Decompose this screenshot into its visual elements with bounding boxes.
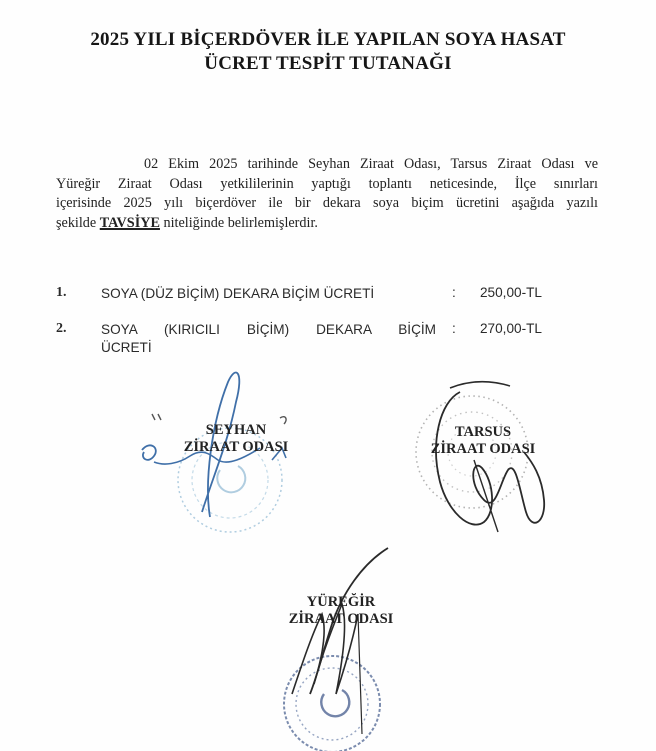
seyhan-signature-stamp: SEYHAN ZİRAAT ODASI	[132, 362, 312, 542]
price-list: 1. SOYA (DÜZ BİÇİM) DEKARA BİÇİM ÜCRETİ …	[56, 285, 576, 357]
seyhan-name-line-1: SEYHAN	[176, 422, 296, 439]
tavsiye-emphasis: TAVSİYE	[100, 215, 160, 231]
item-price: 250,00-TL	[480, 285, 542, 300]
item-description-line-1: SOYA (KIRICILI BİÇİM) DEKARA BİÇİM	[101, 321, 436, 339]
price-item-1: 1. SOYA (DÜZ BİÇİM) DEKARA BİÇİM ÜCRETİ …	[56, 285, 576, 321]
paragraph-line-4-post: niteliğinde belirlemişlerdir.	[160, 215, 318, 231]
seyhan-name-line-2: ZİRAAT ODASI	[176, 439, 296, 456]
paragraph-line-4-pre: şekilde	[56, 215, 100, 231]
title-line-2: ÜCRET TESPİT TUTANAĞI	[0, 52, 656, 76]
item-description: SOYA (DÜZ BİÇİM) DEKARA BİÇİM ÜCRETİ	[101, 285, 436, 303]
intro-paragraph: 02 Ekim 2025 tarihinde Seyhan Ziraat Oda…	[56, 155, 598, 233]
tarsus-label: TARSUS ZİRAAT ODASI	[408, 424, 558, 458]
paragraph-line-4: şekilde TAVSİYE niteliğinde belirlemişle…	[56, 214, 598, 234]
paragraph-line-2: Yüreğir Ziraat Odası yetkililerinin yapt…	[56, 175, 598, 195]
title-line-1: 2025 YILI BİÇERDÖVER İLE YAPILAN SOYA HA…	[0, 28, 656, 52]
paragraph-line-1: 02 Ekim 2025 tarihinde Seyhan Ziraat Oda…	[56, 155, 598, 175]
price-item-2: 2. SOYA (KIRICILI BİÇİM) DEKARA BİÇİM ÜC…	[56, 321, 576, 357]
yuregir-name-line-2: ZİRAAT ODASI	[276, 611, 406, 628]
document-page: 2025 YILI BİÇERDÖVER İLE YAPILAN SOYA HA…	[0, 0, 656, 751]
item-colon: :	[452, 321, 456, 336]
item-description: SOYA (KIRICILI BİÇİM) DEKARA BİÇİM ÜCRET…	[101, 321, 436, 357]
seyhan-label: SEYHAN ZİRAAT ODASI	[176, 422, 296, 456]
item-price: 270,00-TL	[480, 321, 542, 336]
item-colon: :	[452, 285, 456, 300]
item-number: 2.	[56, 321, 67, 337]
item-number: 1.	[56, 285, 67, 301]
tarsus-signature-stamp: TARSUS ZİRAAT ODASI	[400, 372, 570, 542]
yuregir-label: YÜREĞİR ZİRAAT ODASI	[276, 594, 406, 628]
paragraph-line-3: içerisinde 2025 yılı biçerdöver ile bir …	[56, 194, 598, 214]
item-description-line-2: ÜCRETİ	[101, 340, 152, 355]
document-title: 2025 YILI BİÇERDÖVER İLE YAPILAN SOYA HA…	[0, 28, 656, 76]
tarsus-name-line-1: TARSUS	[408, 424, 558, 441]
yuregir-signature-stamp: YÜREĞİR ZİRAAT ODASI	[262, 544, 422, 751]
yuregir-name-line-1: YÜREĞİR	[276, 594, 406, 611]
tarsus-name-line-2: ZİRAAT ODASI	[408, 441, 558, 458]
yuregir-stamp-icon	[262, 544, 422, 751]
